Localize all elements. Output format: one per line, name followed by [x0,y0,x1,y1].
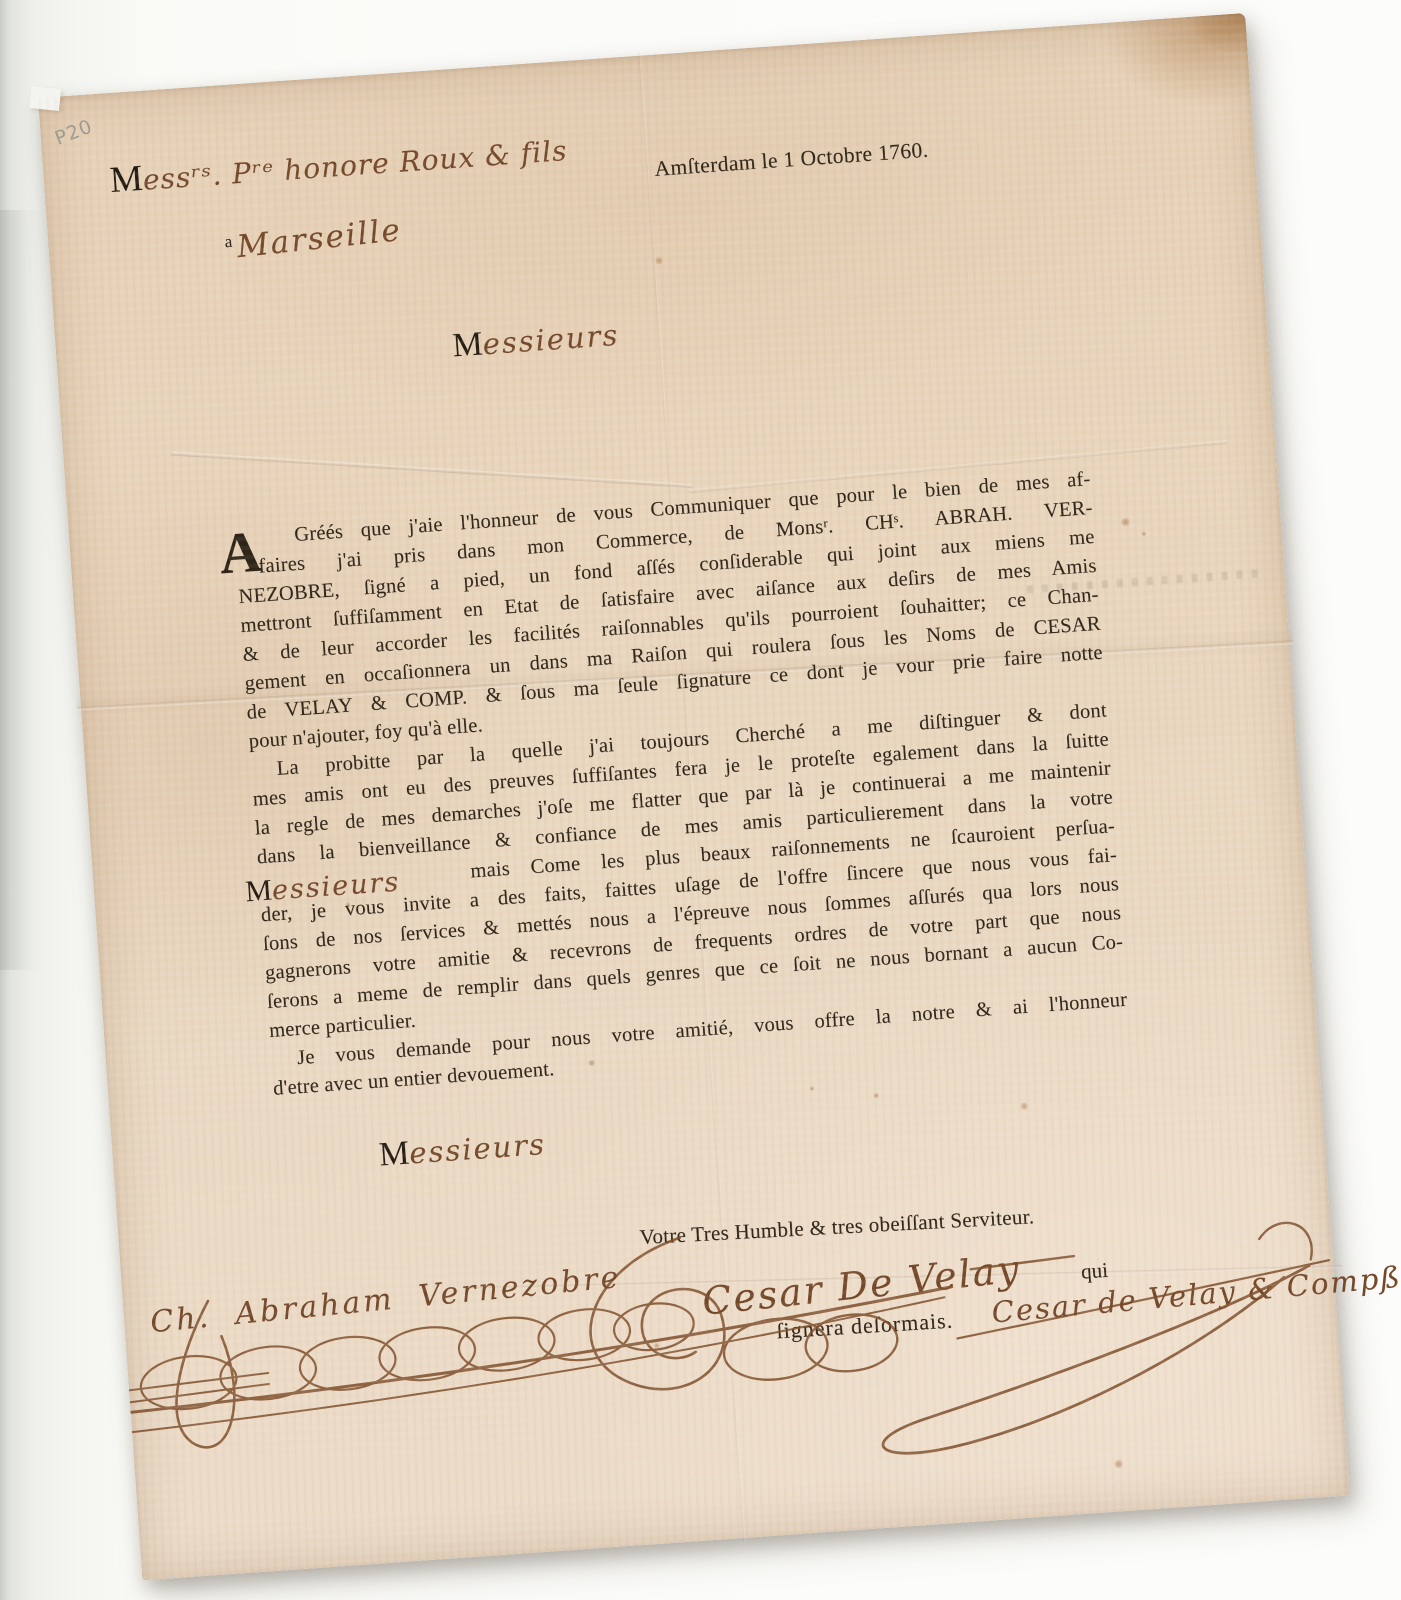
torn-corner [29,86,61,111]
pencil-note: P20 [52,115,96,149]
addressee-city-line: a Marseille [224,215,403,263]
printed-initial-m: M [244,874,273,909]
printed-initial-m: M [109,158,145,201]
foxing-spot [653,1342,660,1348]
foxing-spot [809,1086,814,1091]
letter-body: A Gréés que j'aie l'honneur de vous Comm… [234,465,1131,1104]
handwritten-salutation: essieurs [481,318,620,362]
foxing-spot [1120,517,1131,527]
valediction: Messieurs [378,1125,547,1175]
handwritten-valediction: essieurs [408,1127,547,1171]
handwritten-addressee: essʳˢ. Pʳᵉ honore Roux & fils [142,134,569,197]
printed-initial-m: M [378,1135,411,1174]
foxing-spot [655,256,664,265]
dateline: Amſterdam le 1 Octobre 1760. [654,138,930,182]
signature-ch-abraham-vernezobre: Ch. Abraham Vernezobre [149,1260,623,1340]
scan-backdrop: P20 Messʳˢ. Pʳᵉ honore Roux & fils a Mar… [0,0,1401,1600]
scanner-streak [0,210,46,970]
handwritten-city: Marseille [235,212,403,265]
printed-qui: qui [1080,1258,1109,1285]
letter-sheet: P20 Messʳˢ. Pʳᵉ honore Roux & fils a Mar… [38,13,1349,1580]
printed-initial-m: M [451,325,484,364]
salutation: Messieurs [451,316,620,366]
addressee-line: Messʳˢ. Pʳᵉ honore Roux & fils [108,127,568,202]
signature-cesar-de-velay-comp: Cesar de Velay & Compß. [990,1259,1401,1330]
foxing-spot [1141,531,1146,536]
closing-line: Votre Tres Humble & tres obeiſſant Servi… [639,1204,1035,1250]
printed-city-preposition: a [224,232,233,251]
diagonal-crease [171,452,692,488]
foxing-spot [1113,1459,1124,1469]
foxing-spot [873,1092,879,1098]
foxing-spot [1020,1102,1029,1111]
